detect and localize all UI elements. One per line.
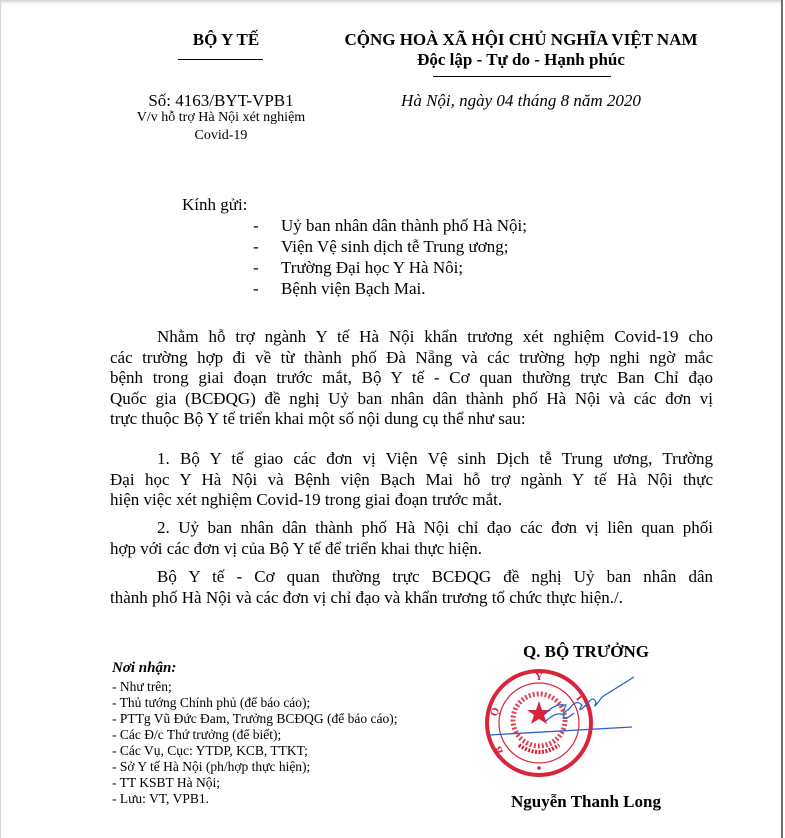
issuing-agency: BỘ Y TẾ (151, 30, 301, 50)
document-subject-cont: Covid-19 (101, 128, 341, 144)
recipients-item: - Các Vụ, Cục: YTDP, KCB, TTKT; (112, 743, 308, 759)
signatory-name: Nguyễn Thanh Long (491, 792, 681, 812)
document-page: BỘ Y TẾ Số: 4163/BYT-VPB1 V/v hỗ trợ Hà … (0, 0, 783, 838)
salutation-label: Kính gửi: (182, 195, 247, 215)
recipients-title: Nơi nhận: (112, 660, 176, 677)
item-1-paragraph: 1. Bộ Y tế giao các đơn vị Viện Vệ sinh … (110, 449, 713, 511)
document-subject: V/v hỗ trợ Hà Nội xét nghiệm (101, 110, 341, 126)
national-motto: Độc lập - Tự do - Hạnh phúc (331, 50, 711, 70)
signatory-title: Q. BỘ TRƯỞNG (501, 642, 671, 662)
intro-paragraph: Nhằm hỗ trợ ngành Y tế Hà Nội khẩn trươn… (110, 327, 713, 430)
recipients-item: - PTTg Vũ Đức Đam, Trưởng BCĐQG (để báo … (112, 711, 398, 727)
motto-underline (433, 76, 611, 77)
official-seal-icon: Y T Ộ B (484, 663, 634, 783)
salutation-recipient: -Uỷ ban nhân dân thành phố Hà Nội; (253, 216, 527, 236)
item-2-paragraph: 2. Uỷ ban nhân dân thành phố Hà Nội chỉ … (110, 518, 713, 559)
recipients-item: - Lưu: VT, VPB1. (112, 791, 209, 807)
salutation-recipient: -Viện Vệ sinh dịch tễ Trung ương; (253, 237, 508, 257)
recipients-item: - Các Đ/c Thứ trưởng (để biết); (112, 727, 281, 743)
recipients-item: - TT KSBT Hà Nội; (112, 775, 220, 791)
salutation-recipient: -Trường Đại học Y Hà Nôi; (253, 258, 463, 278)
svg-text:Y: Y (535, 671, 543, 683)
agency-underline (178, 59, 263, 60)
recipients-item: - Thủ tướng Chính phủ (để báo cáo); (112, 695, 310, 711)
document-date: Hà Nội, ngày 04 tháng 8 năm 2020 (331, 91, 711, 111)
salutation-recipient: -Bệnh viện Bạch Mai. (253, 279, 425, 299)
recipients-item: - Như trên; (112, 679, 172, 695)
national-title: CỘNG HOÀ XÃ HỘI CHỦ NGHĨA VIỆT NAM (331, 30, 711, 50)
closing-paragraph: Bộ Y tế - Cơ quan thường trực BCĐQG đề n… (110, 567, 713, 608)
document-number: Số: 4163/BYT-VPB1 (101, 91, 341, 111)
recipients-item: - Sở Y tế Hà Nội (ph/hợp thực hiện); (112, 759, 310, 775)
